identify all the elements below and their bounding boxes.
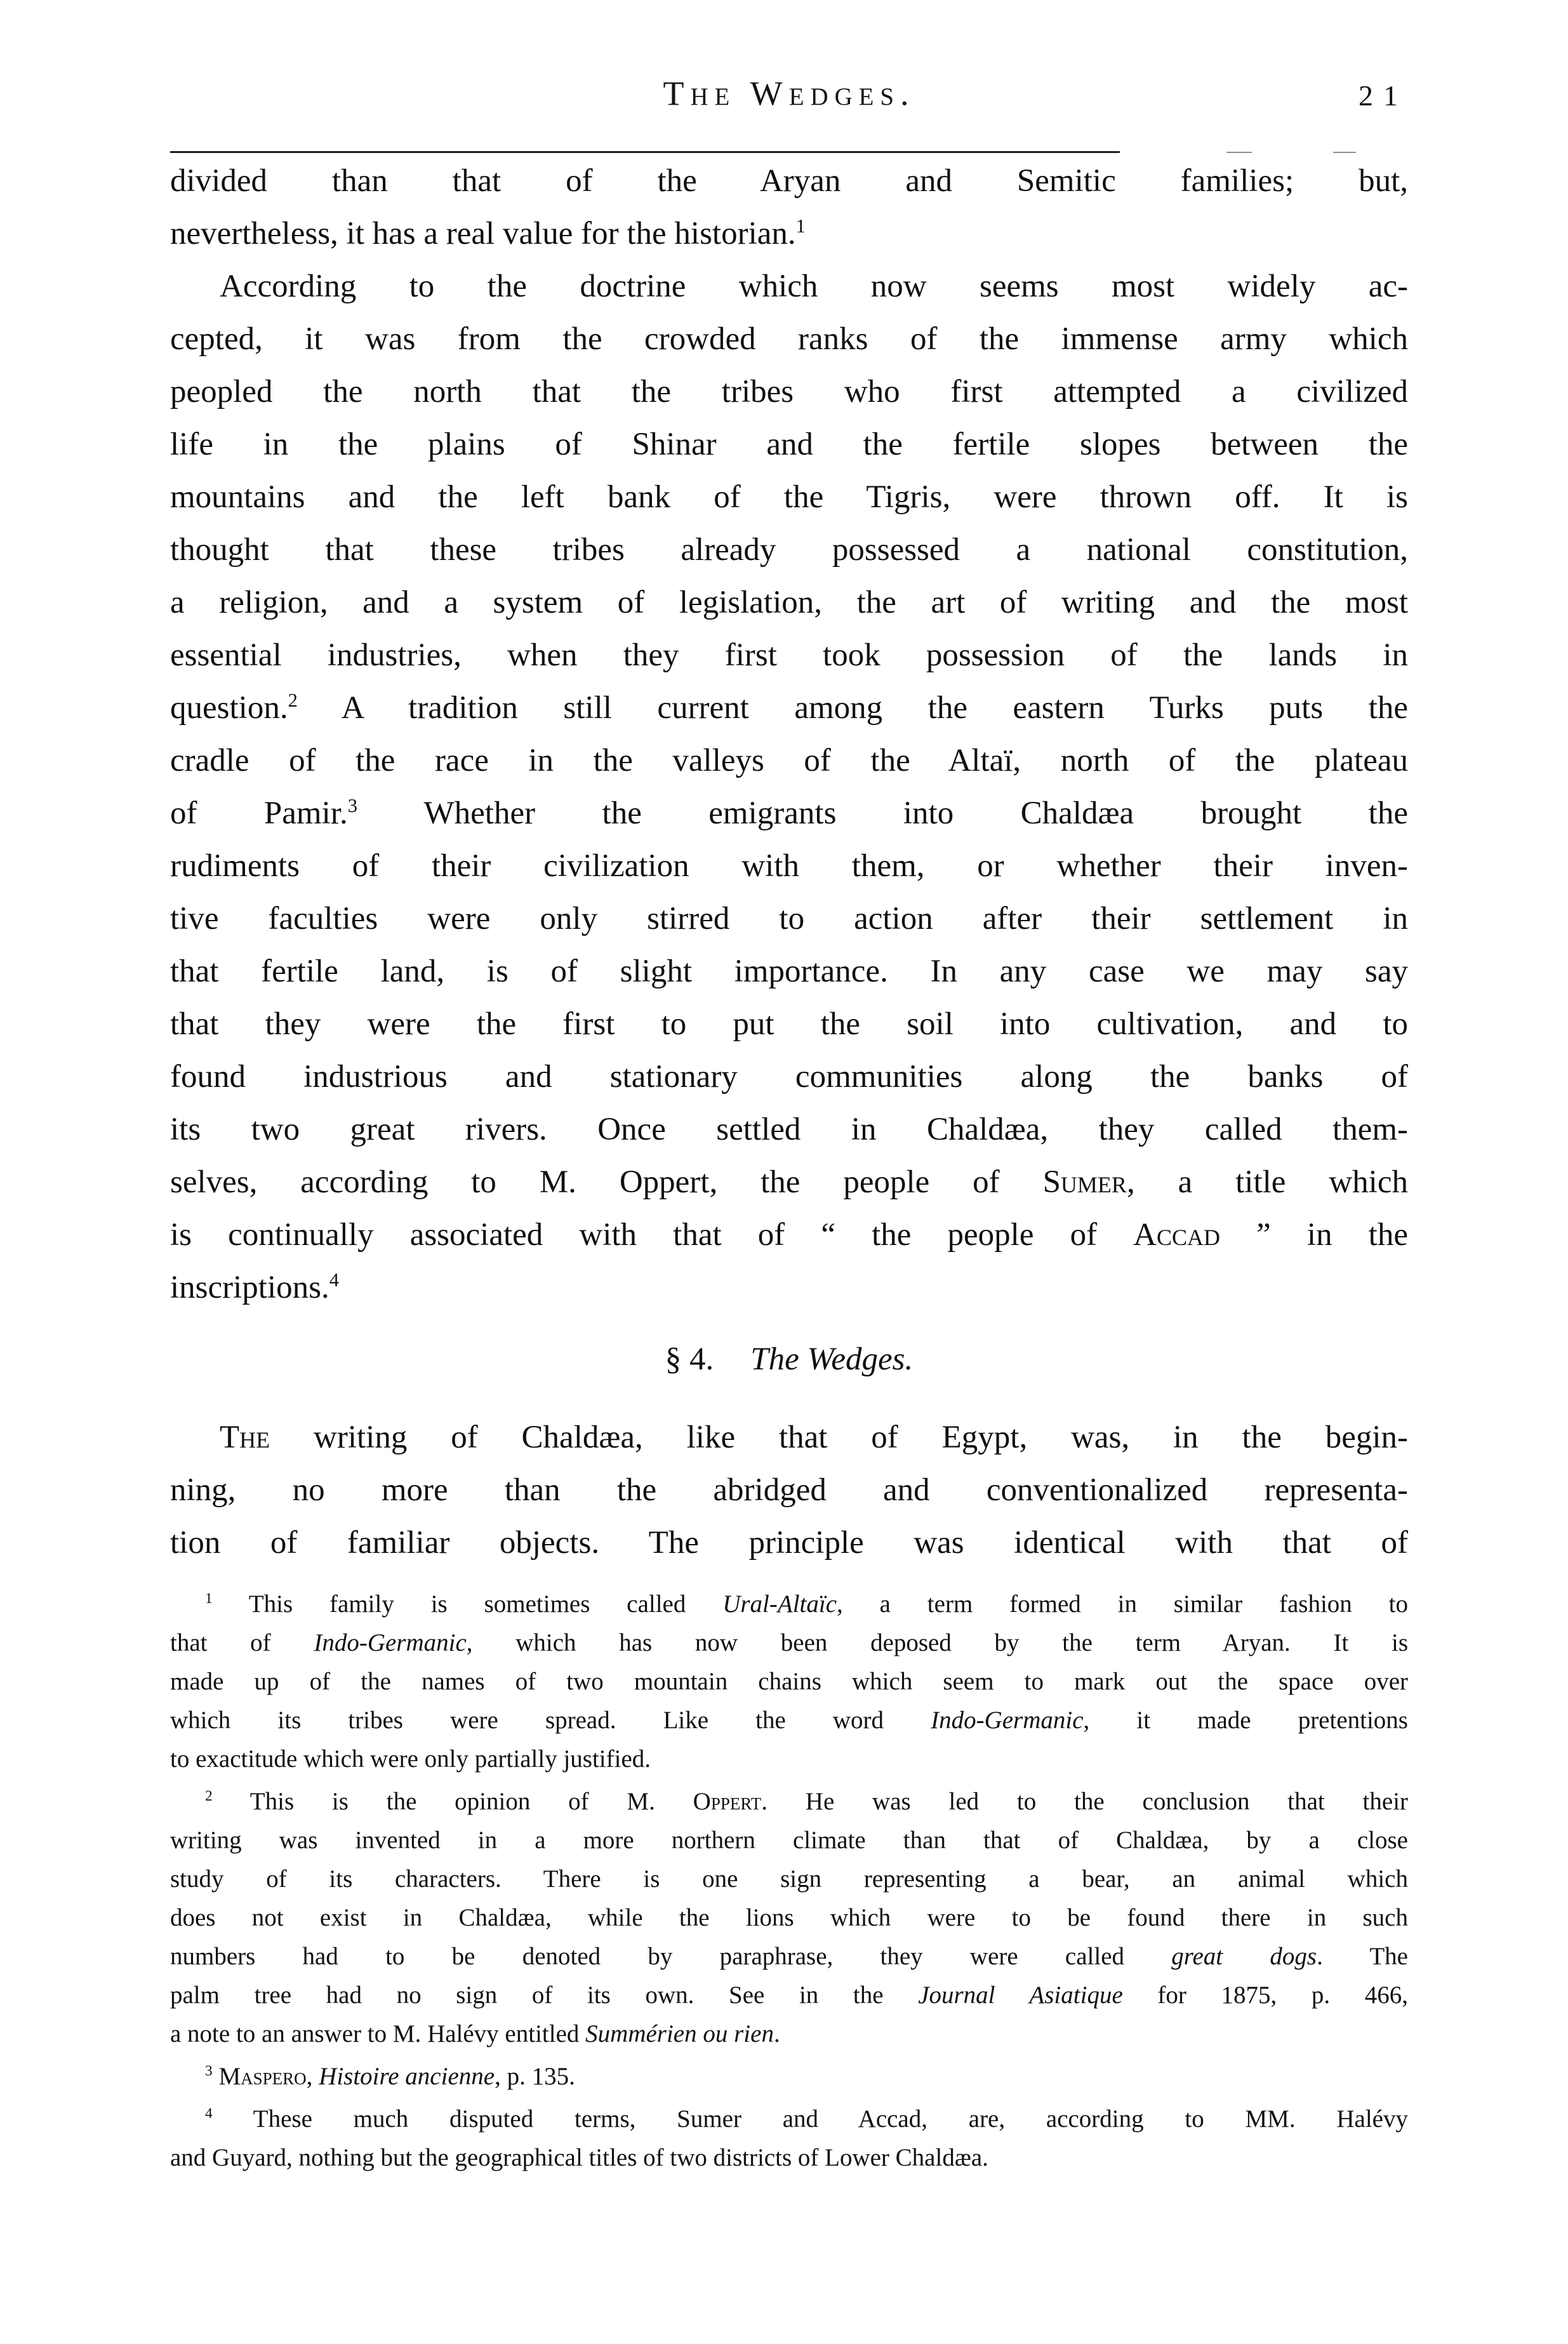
text-line: 3 Maspero, Histoire ancienne, p. 135. xyxy=(170,2057,1408,2096)
text-line: numbers had to be denoted by paraphrase,… xyxy=(170,1937,1408,1976)
text-line: life in the plains of Shinar and the fer… xyxy=(170,418,1408,471)
text-line: which its tribes were spread. Like the w… xyxy=(170,1701,1408,1740)
section-heading: § 4.The Wedges. xyxy=(170,1333,1408,1386)
header-divider-dash xyxy=(1226,152,1252,153)
text-line: divided than that of the Aryan and Semit… xyxy=(170,155,1408,208)
text-line: that of Indo-Germanic, which has now bee… xyxy=(170,1623,1408,1662)
book-page: THE WEDGES. 21 divided than that of the … xyxy=(0,0,1568,2344)
text-line: 2 This is the opinion of M. Oppert. He w… xyxy=(170,1782,1408,1821)
text-line: cepted, it was from the crowded ranks of… xyxy=(170,313,1408,366)
text-line: peopled the north that the tribes who fi… xyxy=(170,366,1408,418)
header-divider-line xyxy=(170,151,1120,153)
text-line: is continually associated with that of “… xyxy=(170,1209,1408,1262)
text-line: 4 These much disputed terms, Sumer and A… xyxy=(170,2100,1408,2138)
footnote-2: 2 This is the opinion of M. Oppert. He w… xyxy=(170,1782,1408,2053)
text-line: ning, no more than the abridged and conv… xyxy=(170,1464,1408,1517)
text-line: and Guyard, nothing but the geographical… xyxy=(170,2138,1408,2177)
section-number: § 4. xyxy=(665,1342,714,1377)
running-header-title: THE WEDGES. xyxy=(170,74,1408,113)
page-header: THE WEDGES. 21 xyxy=(170,74,1408,124)
text-line: 1 This family is sometimes called Ural-A… xyxy=(170,1585,1408,1623)
text-line: nevertheless, it has a real value for th… xyxy=(170,208,1408,260)
text-line: tive faculties were only stirred to acti… xyxy=(170,893,1408,945)
text-line: to exactitude which were only partially … xyxy=(170,1740,1408,1778)
text-line: palm tree had no sign of its own. See in… xyxy=(170,1976,1408,2014)
page-number: 21 xyxy=(1359,79,1408,112)
section-title: The Wedges. xyxy=(750,1342,913,1377)
text-line: a note to an answer to M. Halévy entitle… xyxy=(170,2014,1408,2053)
text-line: essential industries, when they first to… xyxy=(170,629,1408,682)
text-line: made up of the names of two mountain cha… xyxy=(170,1662,1408,1701)
footnote-4: 4 These much disputed terms, Sumer and A… xyxy=(170,2100,1408,2177)
text-line: mountains and the left bank of the Tigri… xyxy=(170,471,1408,524)
text-line: found industrious and stationary communi… xyxy=(170,1051,1408,1103)
text-line: inscriptions.4 xyxy=(170,1262,1408,1314)
text-line: cradle of the race in the valleys of the… xyxy=(170,735,1408,787)
text-line: of Pamir.3 Whether the emigrants into Ch… xyxy=(170,787,1408,840)
text-line: does not exist in Chaldæa, while the lio… xyxy=(170,1898,1408,1937)
paragraph-continuation: divided than that of the Aryan and Semit… xyxy=(170,155,1408,260)
header-divider-dash xyxy=(1333,152,1356,153)
text-line: selves, according to M. Oppert, the peop… xyxy=(170,1156,1408,1209)
page-body: divided than that of the Aryan and Semit… xyxy=(170,155,1408,2177)
text-line: study of its characters. There is one si… xyxy=(170,1860,1408,1898)
footnote-1: 1 This family is sometimes called Ural-A… xyxy=(170,1585,1408,1778)
text-line: According to the doctrine which now seem… xyxy=(170,260,1408,313)
text-line: rudiments of their civilization with the… xyxy=(170,840,1408,893)
text-line: question.2 A tradition still current amo… xyxy=(170,682,1408,735)
text-line: The writing of Chaldæa, like that of Egy… xyxy=(170,1411,1408,1464)
text-line: that they were the first to put the soil… xyxy=(170,998,1408,1051)
footnotes-section: 1 This family is sometimes called Ural-A… xyxy=(170,1585,1408,2177)
text-line: a religion, and a system of legislation,… xyxy=(170,576,1408,629)
paragraph-section-intro: The writing of Chaldæa, like that of Egy… xyxy=(170,1411,1408,1569)
footnote-3: 3 Maspero, Histoire ancienne, p. 135. xyxy=(170,2057,1408,2096)
text-line: writing was invented in a more northern … xyxy=(170,1821,1408,1860)
text-line: tion of familiar objects. The principle … xyxy=(170,1517,1408,1569)
text-line: that fertile land, is of slight importan… xyxy=(170,945,1408,998)
text-line: its two great rivers. Once settled in Ch… xyxy=(170,1103,1408,1156)
paragraph-main: According to the doctrine which now seem… xyxy=(170,260,1408,1314)
text-line: thought that these tribes already posses… xyxy=(170,524,1408,576)
